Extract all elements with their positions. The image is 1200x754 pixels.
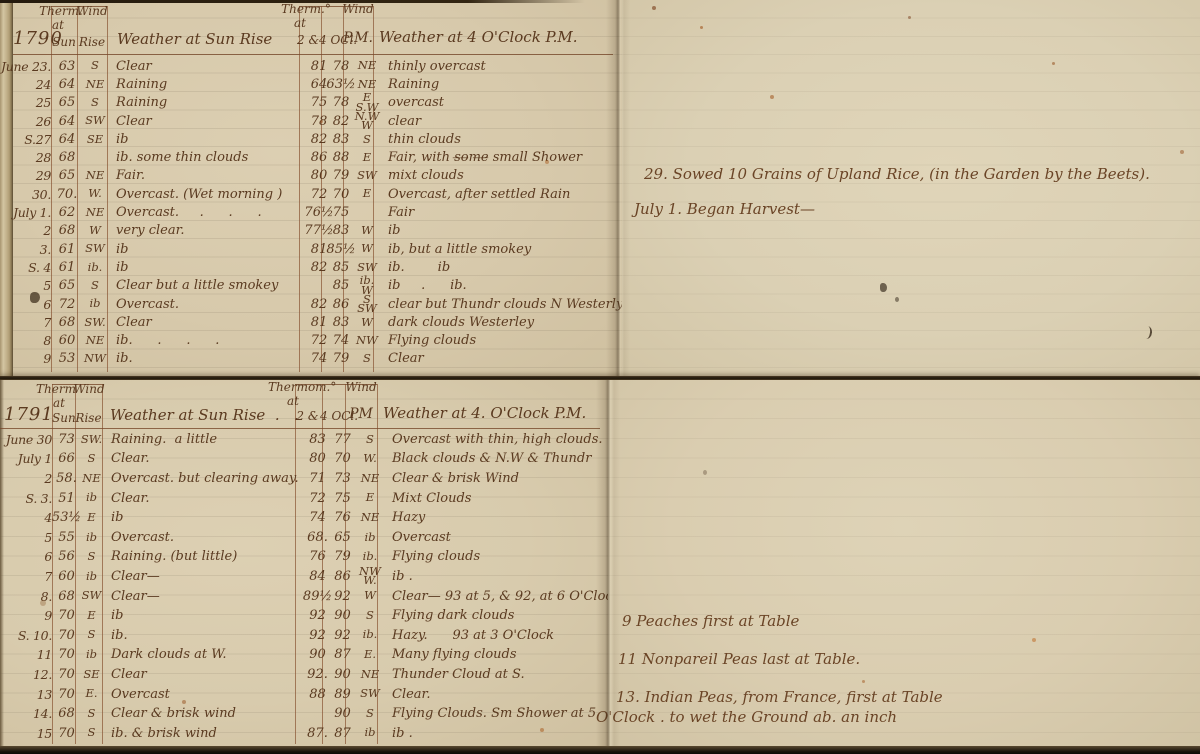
date-cell: 28 bbox=[13, 148, 54, 166]
table-row: June 30 73 SW. Raining. a little 83 77 S… bbox=[0, 430, 608, 450]
therm-4pm-cell: 75 bbox=[330, 203, 352, 221]
therm-sunrise-cell: 68 bbox=[55, 704, 78, 724]
paper-speck bbox=[545, 160, 549, 164]
paper-speck bbox=[1180, 150, 1184, 154]
therm-4pm-cell: 75 bbox=[331, 488, 354, 508]
weather-pm-cell: Hazy. 93 at 3 O'Clock bbox=[386, 625, 608, 645]
header-4oclock: 4 OCl. bbox=[319, 34, 343, 46]
wind-pm-cell: S bbox=[354, 704, 386, 724]
table-row: 9 70 E ib 92 90 S Flying dark clouds bbox=[0, 606, 608, 626]
therm-4pm-cell: 79 bbox=[330, 167, 352, 185]
paper-speck bbox=[40, 600, 46, 606]
wind-sunrise-cell: NE bbox=[78, 469, 105, 489]
wind-sunrise-cell: SE bbox=[78, 665, 105, 685]
therm-2pm-cell bbox=[304, 704, 331, 724]
wind-pm-cell: S bbox=[352, 130, 382, 148]
therm-4pm-cell: 74 bbox=[330, 331, 352, 349]
therm-4pm-cell: 90 bbox=[331, 606, 354, 626]
therm-2pm-cell: 78 bbox=[308, 112, 330, 130]
wind-sunrise-cell: E bbox=[78, 508, 105, 528]
table-row: July 1 66 S Clear. 80 70 W. Black clouds… bbox=[0, 449, 608, 469]
header-2oclock: 2 & bbox=[297, 34, 319, 46]
table-row: 11 70 ib Dark clouds at W. 90 87 E. Many… bbox=[0, 645, 608, 665]
therm-sunrise-cell: 70 bbox=[55, 606, 78, 626]
weather-sunrise-cell: ib bbox=[105, 606, 304, 626]
table-row: 2 58. NE Overcast. but clearing away. 71… bbox=[0, 469, 608, 489]
therm-sunrise-cell: 70 bbox=[55, 665, 78, 685]
weather-pm-cell: overcast bbox=[382, 94, 619, 112]
margin-note: 9 Peaches first at Table bbox=[622, 612, 799, 630]
table-row: 8 60 NE ib. . . . 72 74 NW Flying clouds bbox=[13, 331, 619, 349]
therm-2pm-cell: 92. bbox=[304, 665, 331, 685]
therm-4pm-cell: 83 bbox=[330, 313, 352, 331]
therm-4pm-cell: 86 bbox=[330, 295, 352, 313]
wind-pm-cell: NE bbox=[354, 665, 386, 685]
table-row: 14. 68 S Clear & brisk wind 90 S Flying … bbox=[0, 704, 608, 724]
journal-scan: Therm. at Wind 1790 Sun Rise Weather at … bbox=[0, 0, 1200, 754]
year-label: 1790 bbox=[13, 30, 51, 48]
therm-sunrise-cell: 70 bbox=[55, 645, 78, 665]
wind-pm-cell: W bbox=[354, 586, 386, 606]
therm-sunrise-cell: 55 bbox=[55, 527, 78, 547]
date-cell: S. 10. bbox=[0, 625, 55, 645]
margin-note: 11 Nonpareil Peas last at Table. bbox=[618, 650, 860, 668]
date-cell: 8. bbox=[0, 586, 55, 606]
therm-2pm-cell: 76 bbox=[304, 547, 331, 567]
therm-sunrise-cell: 65 bbox=[54, 277, 80, 295]
weather-sunrise-cell: Clear. bbox=[105, 488, 304, 508]
weather-sunrise-cell: Overcast bbox=[105, 684, 304, 704]
therm-2pm-cell: 89½ bbox=[304, 586, 331, 606]
header-rise: Rise bbox=[77, 36, 107, 48]
therm-sunrise-cell: 70 bbox=[55, 625, 78, 645]
therm-sunrise-cell: 60 bbox=[54, 331, 80, 349]
date-cell: 30. bbox=[13, 185, 54, 203]
wind-sunrise-cell: S bbox=[78, 625, 105, 645]
weather-sunrise-cell: ib. & brisk wind bbox=[105, 723, 304, 743]
table-row: 25 65 S Raining 75 78 E S.W overcast bbox=[13, 94, 619, 112]
therm-sunrise-cell: 58. bbox=[55, 469, 78, 489]
therm-sunrise-cell: 66 bbox=[55, 449, 78, 469]
therm-2pm-cell: 71 bbox=[304, 469, 331, 489]
therm-sunrise-cell: 61 bbox=[54, 258, 80, 276]
paper-speck bbox=[652, 6, 656, 10]
weather-sunrise-cell: ib bbox=[110, 258, 308, 276]
therm-sunrise-cell: 62 bbox=[54, 203, 80, 221]
header-at-pm: at bbox=[278, 395, 308, 407]
weather-pm-cell: dark clouds Westerley bbox=[382, 313, 619, 331]
header-wind-sunrise: Wind bbox=[75, 5, 109, 17]
weather-sunrise-cell: Raining. a little bbox=[105, 430, 304, 450]
therm-4pm-cell: 83 bbox=[330, 130, 352, 148]
wind-pm-cell: W bbox=[352, 222, 382, 240]
header-weather-pm: Weather at 4 O'Clock P.M. bbox=[379, 30, 619, 45]
wind-pm-cell: S bbox=[352, 350, 382, 368]
page-1791-right: 9 Peaches first at Table 11 Nonpareil Pe… bbox=[608, 380, 1200, 747]
table-row: 7 60 ib Clear— 84 86 NW W. ib . bbox=[0, 567, 608, 587]
therm-2pm-cell: 76½ bbox=[308, 203, 330, 221]
weather-sunrise-cell: Raining. (but little) bbox=[105, 547, 304, 567]
weather-sunrise-cell: Overcast. bbox=[105, 527, 304, 547]
therm-4pm-cell: 82 bbox=[330, 112, 352, 130]
weather-table-1791: Therm at Wind 1791 Sun Rise Weather at S… bbox=[0, 380, 608, 747]
weather-sunrise-cell: ib. bbox=[105, 625, 304, 645]
wind-pm-cell: SW bbox=[354, 684, 386, 704]
wind-pm-cell: NE bbox=[354, 508, 386, 528]
date-cell: 29 bbox=[13, 167, 54, 185]
wind-sunrise-cell: E. bbox=[78, 684, 105, 704]
weather-sunrise-cell: ib. some thin clouds bbox=[110, 148, 308, 166]
therm-sunrise-cell: 65 bbox=[54, 167, 80, 185]
wind-sunrise-cell: S bbox=[80, 94, 110, 112]
header-wind-pm: Wind bbox=[344, 381, 378, 393]
therm-2pm-cell: 88 bbox=[304, 684, 331, 704]
table-row: 30. 70. W. Overcast. (Wet morning ) 72 7… bbox=[13, 185, 619, 203]
wind-pm-cell: S bbox=[354, 430, 386, 450]
wind-sunrise-cell: ib. bbox=[80, 258, 110, 276]
margin-note: 29. Sowed 10 Grains of Upland Rice, (in … bbox=[644, 165, 1150, 183]
therm-sunrise-cell: 61 bbox=[54, 240, 80, 258]
weather-sunrise-cell: Raining bbox=[110, 94, 308, 112]
therm-4pm-cell: 92 bbox=[331, 586, 354, 606]
paper-speck bbox=[770, 95, 774, 99]
weather-pm-cell: Many flying clouds bbox=[386, 645, 608, 665]
date-cell: June 23. bbox=[13, 57, 54, 75]
therm-sunrise-cell: 64 bbox=[54, 112, 80, 130]
wind-pm-cell: NW bbox=[352, 331, 382, 349]
therm-sunrise-cell: 68 bbox=[54, 148, 80, 166]
therm-2pm-cell: 86 bbox=[308, 148, 330, 166]
weather-pm-cell: ib . bbox=[386, 723, 608, 743]
therm-4pm-cell: 87 bbox=[331, 645, 354, 665]
wind-sunrise-cell: ib bbox=[78, 645, 105, 665]
table-row: June 23. 63 S Clear 81 78 NE thinly over… bbox=[13, 57, 619, 75]
weather-sunrise-cell: ib bbox=[110, 130, 308, 148]
wind-pm-cell: E. bbox=[354, 645, 386, 665]
weather-sunrise-cell: Clear. bbox=[105, 449, 304, 469]
therm-4pm-cell: 89 bbox=[331, 684, 354, 704]
weather-pm-cell: ib. ib bbox=[382, 258, 619, 276]
therm-sunrise-cell: 68 bbox=[55, 586, 78, 606]
weather-sunrise-cell: Overcast. but clearing away. bbox=[105, 469, 304, 489]
therm-2pm-cell: 81 bbox=[308, 57, 330, 75]
weather-sunrise-cell: Clear bbox=[105, 665, 304, 685]
weather-pm-cell: thin clouds bbox=[382, 130, 619, 148]
weather-sunrise-cell: ib bbox=[105, 508, 304, 528]
table-row: S. 4 61 ib. ib 82 85 SW ib. ib bbox=[13, 258, 619, 276]
table-row: 29 65 NE Fair. 80 79 SW mixt clouds bbox=[13, 167, 619, 185]
wind-sunrise-cell: S bbox=[80, 57, 110, 75]
date-cell: 8 bbox=[13, 331, 54, 349]
ink-mark bbox=[1141, 325, 1153, 339]
therm-sunrise-cell: 68 bbox=[54, 313, 80, 331]
header-weather-pm: Weather at 4. O'Clock P.M. bbox=[383, 406, 603, 421]
therm-sunrise-cell: 70 bbox=[55, 684, 78, 704]
book-fore-edge bbox=[0, 0, 13, 377]
therm-2pm-cell: 80 bbox=[304, 449, 331, 469]
paper-speck bbox=[1052, 62, 1055, 65]
therm-sunrise-cell: 64 bbox=[54, 130, 80, 148]
therm-sunrise-cell: 53½ bbox=[55, 508, 78, 528]
weather-pm-cell: Clear & brisk Wind bbox=[386, 469, 608, 489]
table-rows-1790: June 23. 63 S Clear 81 78 NE thinly over… bbox=[13, 57, 619, 368]
header-pm: P.M. bbox=[343, 32, 373, 44]
date-cell: July 1 bbox=[0, 449, 55, 469]
page-crease bbox=[606, 0, 630, 377]
weather-pm-cell: clear bbox=[382, 112, 619, 130]
therm-2pm-cell: 90 bbox=[304, 645, 331, 665]
table-row: 5 55 ib Overcast. 68. 65 ib Overcast bbox=[0, 527, 608, 547]
therm-sunrise-cell: 63 bbox=[54, 57, 80, 75]
therm-4pm-cell: 92 bbox=[331, 625, 354, 645]
table-row: 6 72 ib Overcast. 82 86 S SW clear but T… bbox=[13, 295, 619, 313]
weather-pm-cell: Fair, with s̶o̶m̶e̶ small Shower bbox=[382, 148, 619, 166]
weather-pm-cell: ib . ib. bbox=[382, 277, 619, 295]
weather-pm-cell: Thunder Cloud at S. bbox=[386, 665, 608, 685]
date-cell: S.27 bbox=[13, 130, 54, 148]
therm-sunrise-cell: 68 bbox=[54, 222, 80, 240]
therm-4pm-cell: 63½ bbox=[330, 75, 352, 93]
weather-pm-cell: ib, but a little smokey bbox=[382, 240, 619, 258]
date-cell: 12. bbox=[0, 665, 55, 685]
therm-4pm-cell: 90 bbox=[331, 704, 354, 724]
page-1791-left: Therm at Wind 1791 Sun Rise Weather at S… bbox=[0, 380, 608, 747]
therm-2pm-cell: 87. bbox=[304, 723, 331, 743]
wind-sunrise-cell: S bbox=[80, 277, 110, 295]
therm-4pm-cell: 88 bbox=[330, 148, 352, 166]
date-cell: 7 bbox=[13, 313, 54, 331]
therm-2pm-cell: 75 bbox=[308, 94, 330, 112]
page-1790-right: 29. Sowed 10 Grains of Upland Rice, (in … bbox=[622, 0, 1200, 377]
weather-sunrise-cell: Fair. bbox=[110, 167, 308, 185]
paper-speck bbox=[1032, 638, 1036, 642]
wind-pm-cell: NE bbox=[354, 469, 386, 489]
header-at-pm: at bbox=[285, 17, 315, 29]
header-2oclock: 2 & bbox=[294, 410, 321, 422]
date-cell: S. 3. bbox=[0, 488, 55, 508]
weather-pm-cell: Clear. bbox=[386, 684, 608, 704]
book-bottom-edge bbox=[0, 746, 1200, 754]
wind-pm-cell: W. bbox=[354, 449, 386, 469]
weather-pm-cell: Flying dark clouds bbox=[386, 606, 608, 626]
therm-2pm-cell: 82 bbox=[308, 258, 330, 276]
margin-note: 13. Indian Peas, from France, first at T… bbox=[616, 688, 943, 706]
table-row: S.27 64 SE ib 82 83 S thin clouds bbox=[13, 130, 619, 148]
date-cell: 5 bbox=[0, 527, 55, 547]
weather-sunrise-cell: Overcast. . . . bbox=[110, 203, 308, 221]
therm-4pm-cell: 76 bbox=[331, 508, 354, 528]
table-row: 9 53 NW ib. 74 79 S Clear bbox=[13, 350, 619, 368]
therm-sunrise-cell: 73 bbox=[55, 430, 78, 450]
date-cell: 3. bbox=[13, 240, 54, 258]
therm-2pm-cell: 72 bbox=[308, 185, 330, 203]
therm-2pm-cell: 68. bbox=[304, 527, 331, 547]
therm-sunrise-cell: 51 bbox=[55, 488, 78, 508]
therm-2pm-cell: 72 bbox=[304, 488, 331, 508]
table-row: 6 56 S Raining. (but little) 76 79 ib. F… bbox=[0, 547, 608, 567]
therm-sunrise-cell: 56 bbox=[55, 547, 78, 567]
therm-sunrise-cell: 65 bbox=[54, 94, 80, 112]
wind-sunrise-cell: NE bbox=[80, 203, 110, 221]
table-row: 24 64 NE Raining 64 63½ NE Raining bbox=[13, 75, 619, 93]
therm-4pm-cell: 77 bbox=[331, 430, 354, 450]
date-cell: 24 bbox=[13, 75, 54, 93]
weather-pm-cell: thinly overcast bbox=[382, 57, 619, 75]
header-sun: Sun bbox=[51, 36, 77, 48]
table-row: 7 68 SW. Clear 81 83 W dark clouds Weste… bbox=[13, 313, 619, 331]
date-cell: 26 bbox=[13, 112, 54, 130]
weather-pm-cell: Raining bbox=[382, 75, 619, 93]
table-row: 8. 68 SW Clear— 89½ 92 W Clear— 93 at 5,… bbox=[0, 586, 608, 606]
date-cell: 9 bbox=[13, 350, 54, 368]
paper-speck bbox=[320, 120, 323, 123]
therm-4pm-cell: 79 bbox=[330, 350, 352, 368]
weather-pm-cell: Mixt Clouds bbox=[386, 488, 608, 508]
date-cell: June 30 bbox=[0, 430, 55, 450]
therm-sunrise-cell: 60 bbox=[55, 567, 78, 587]
weather-sunrise-cell: Clear & brisk wind bbox=[105, 704, 304, 724]
therm-2pm-cell: 84 bbox=[304, 567, 331, 587]
header-4oclock: 4 OCl. bbox=[320, 410, 346, 422]
wind-sunrise-cell: SW bbox=[80, 112, 110, 130]
wind-sunrise-cell: SW bbox=[80, 240, 110, 258]
header-therm-pm: Therm.° bbox=[281, 3, 331, 15]
wind-pm-cell: ib bbox=[354, 723, 386, 743]
header-wind-pm: Wind bbox=[341, 3, 375, 15]
header-underline bbox=[13, 54, 613, 55]
weather-sunrise-cell: ib. . . . bbox=[110, 331, 308, 349]
wind-sunrise-cell: E bbox=[78, 606, 105, 626]
date-cell: 11 bbox=[0, 645, 55, 665]
table-row: 2 68 W very clear. 77½ 83 W ib bbox=[13, 222, 619, 240]
header-wind-sunrise: Wind bbox=[72, 383, 106, 395]
header-weather-sunrise: Weather at Sun Rise bbox=[117, 32, 297, 47]
table-row: July 1. 62 NE Overcast. . . . 76½ 75 Fai… bbox=[13, 203, 619, 221]
therm-2pm-cell: 77½ bbox=[308, 222, 330, 240]
table-row: 28 68 ib. some thin clouds 86 88 E Fair,… bbox=[13, 148, 619, 166]
wind-pm-cell: E bbox=[352, 148, 382, 166]
weather-sunrise-cell: ib. bbox=[110, 350, 308, 368]
header-weather-sunrise: Weather at Sun Rise . . bbox=[110, 408, 295, 423]
therm-2pm-cell bbox=[308, 277, 330, 295]
wind-sunrise-cell: ib bbox=[78, 527, 105, 547]
wind-pm-cell: W bbox=[352, 240, 382, 258]
weather-pm-cell: Flying Clouds. Sm Shower at 5 bbox=[386, 704, 608, 724]
table-row: 4 53½ E ib 74 76 NE Hazy bbox=[0, 508, 608, 528]
wind-sunrise-cell: SW. bbox=[78, 430, 105, 450]
table-row: 12. 70 SE Clear 92. 90 NE Thunder Cloud … bbox=[0, 665, 608, 685]
date-cell: 4 bbox=[0, 508, 55, 528]
wind-sunrise-cell: W. bbox=[80, 185, 110, 203]
date-cell: 15 bbox=[0, 723, 55, 743]
wind-sunrise-cell: SW. bbox=[80, 313, 110, 331]
wind-pm-cell: ib. bbox=[354, 625, 386, 645]
date-cell: 2 bbox=[13, 222, 54, 240]
therm-2pm-cell: 80 bbox=[308, 167, 330, 185]
therm-4pm-cell: 85 bbox=[330, 277, 352, 295]
date-cell: July 1. bbox=[13, 203, 54, 221]
wind-pm-cell: S SW bbox=[352, 295, 382, 313]
therm-4pm-cell: 65 bbox=[331, 527, 354, 547]
header-therm-pm: Thermom.° bbox=[268, 381, 330, 393]
therm-4pm-cell: 73 bbox=[331, 469, 354, 489]
weather-pm-cell: Black clouds & N.W & Thundr bbox=[386, 449, 608, 469]
book-top-edge bbox=[0, 0, 585, 3]
ink-smudge bbox=[880, 283, 887, 292]
table-rows-1791: June 30 73 SW. Raining. a little 83 77 S… bbox=[0, 430, 608, 744]
wind-pm-cell: NE bbox=[352, 57, 382, 75]
therm-4pm-cell: 90 bbox=[331, 665, 354, 685]
weather-pm-cell: Fair bbox=[382, 203, 619, 221]
weather-sunrise-cell: Clear— bbox=[105, 586, 304, 606]
wind-sunrise-cell: ib bbox=[80, 295, 110, 313]
wind-pm-cell bbox=[352, 203, 382, 221]
therm-2pm-cell: 74 bbox=[308, 350, 330, 368]
therm-2pm-cell: 72 bbox=[308, 331, 330, 349]
therm-4pm-cell: 70 bbox=[331, 449, 354, 469]
weather-pm-cell: Overcast, after settled Rain bbox=[382, 185, 619, 203]
weather-pm-cell: Hazy bbox=[386, 508, 608, 528]
weather-pm-cell: Overcast with thin, high clouds. bbox=[386, 430, 608, 450]
weather-pm-cell: Clear bbox=[382, 350, 619, 368]
date-cell: 14. bbox=[0, 704, 55, 724]
page-crease bbox=[596, 380, 620, 747]
date-cell: 13 bbox=[0, 684, 55, 704]
weather-sunrise-cell: Dark clouds at W. bbox=[105, 645, 304, 665]
table-row: S. 3. 51 ib Clear. 72 75 E Mixt Clouds bbox=[0, 488, 608, 508]
weather-pm-cell: clear but Thundr clouds N Westerly bbox=[382, 295, 623, 313]
therm-2pm-cell: 82 bbox=[308, 130, 330, 148]
wind-pm-cell: E bbox=[352, 185, 382, 203]
wind-pm-cell: SW bbox=[352, 167, 382, 185]
wind-sunrise-cell bbox=[80, 148, 110, 166]
therm-2pm-cell: 82 bbox=[308, 295, 330, 313]
paper-speck bbox=[862, 680, 865, 683]
wind-sunrise-cell: NW bbox=[80, 350, 110, 368]
wind-sunrise-cell: S bbox=[78, 449, 105, 469]
weather-sunrise-cell: very clear. bbox=[110, 222, 308, 240]
therm-2pm-cell: 74 bbox=[304, 508, 331, 528]
weather-pm-cell: ib bbox=[382, 222, 619, 240]
therm-sunrise-cell: 70. bbox=[54, 185, 80, 203]
wind-pm-cell: E bbox=[354, 488, 386, 508]
wind-pm-cell: NW W. bbox=[354, 567, 386, 587]
wind-sunrise-cell: NE bbox=[80, 167, 110, 185]
page-1790-left: Therm. at Wind 1790 Sun Rise Weather at … bbox=[0, 0, 622, 377]
header-pm: PM bbox=[346, 408, 376, 420]
wind-sunrise-cell: NE bbox=[80, 75, 110, 93]
wind-pm-cell: N.W W bbox=[352, 112, 382, 130]
weather-sunrise-cell: Clear bbox=[110, 57, 308, 75]
ink-smudge bbox=[703, 470, 707, 475]
date-cell: 6 bbox=[0, 547, 55, 567]
therm-sunrise-cell: 53 bbox=[54, 350, 80, 368]
therm-2pm-cell: 92 bbox=[304, 625, 331, 645]
wind-sunrise-cell: ib bbox=[78, 488, 105, 508]
wind-sunrise-cell: S bbox=[78, 723, 105, 743]
wind-pm-cell: S bbox=[354, 606, 386, 626]
date-cell: 25 bbox=[13, 94, 54, 112]
weather-sunrise-cell: Clear but a little smokey bbox=[110, 277, 308, 295]
table-row: 5 65 S Clear but a little smokey 85 ib. … bbox=[13, 277, 619, 295]
margin-note: O'Clock . to wet the Ground ab. an inch bbox=[596, 708, 897, 726]
year-label: 1791 bbox=[4, 406, 50, 424]
wind-pm-cell: W bbox=[352, 313, 382, 331]
weather-sunrise-cell: Overcast. (Wet morning ) bbox=[110, 185, 308, 203]
weather-pm-cell: Flying clouds bbox=[382, 331, 619, 349]
therm-sunrise-cell: 70 bbox=[55, 723, 78, 743]
date-cell: 2 bbox=[0, 469, 55, 489]
